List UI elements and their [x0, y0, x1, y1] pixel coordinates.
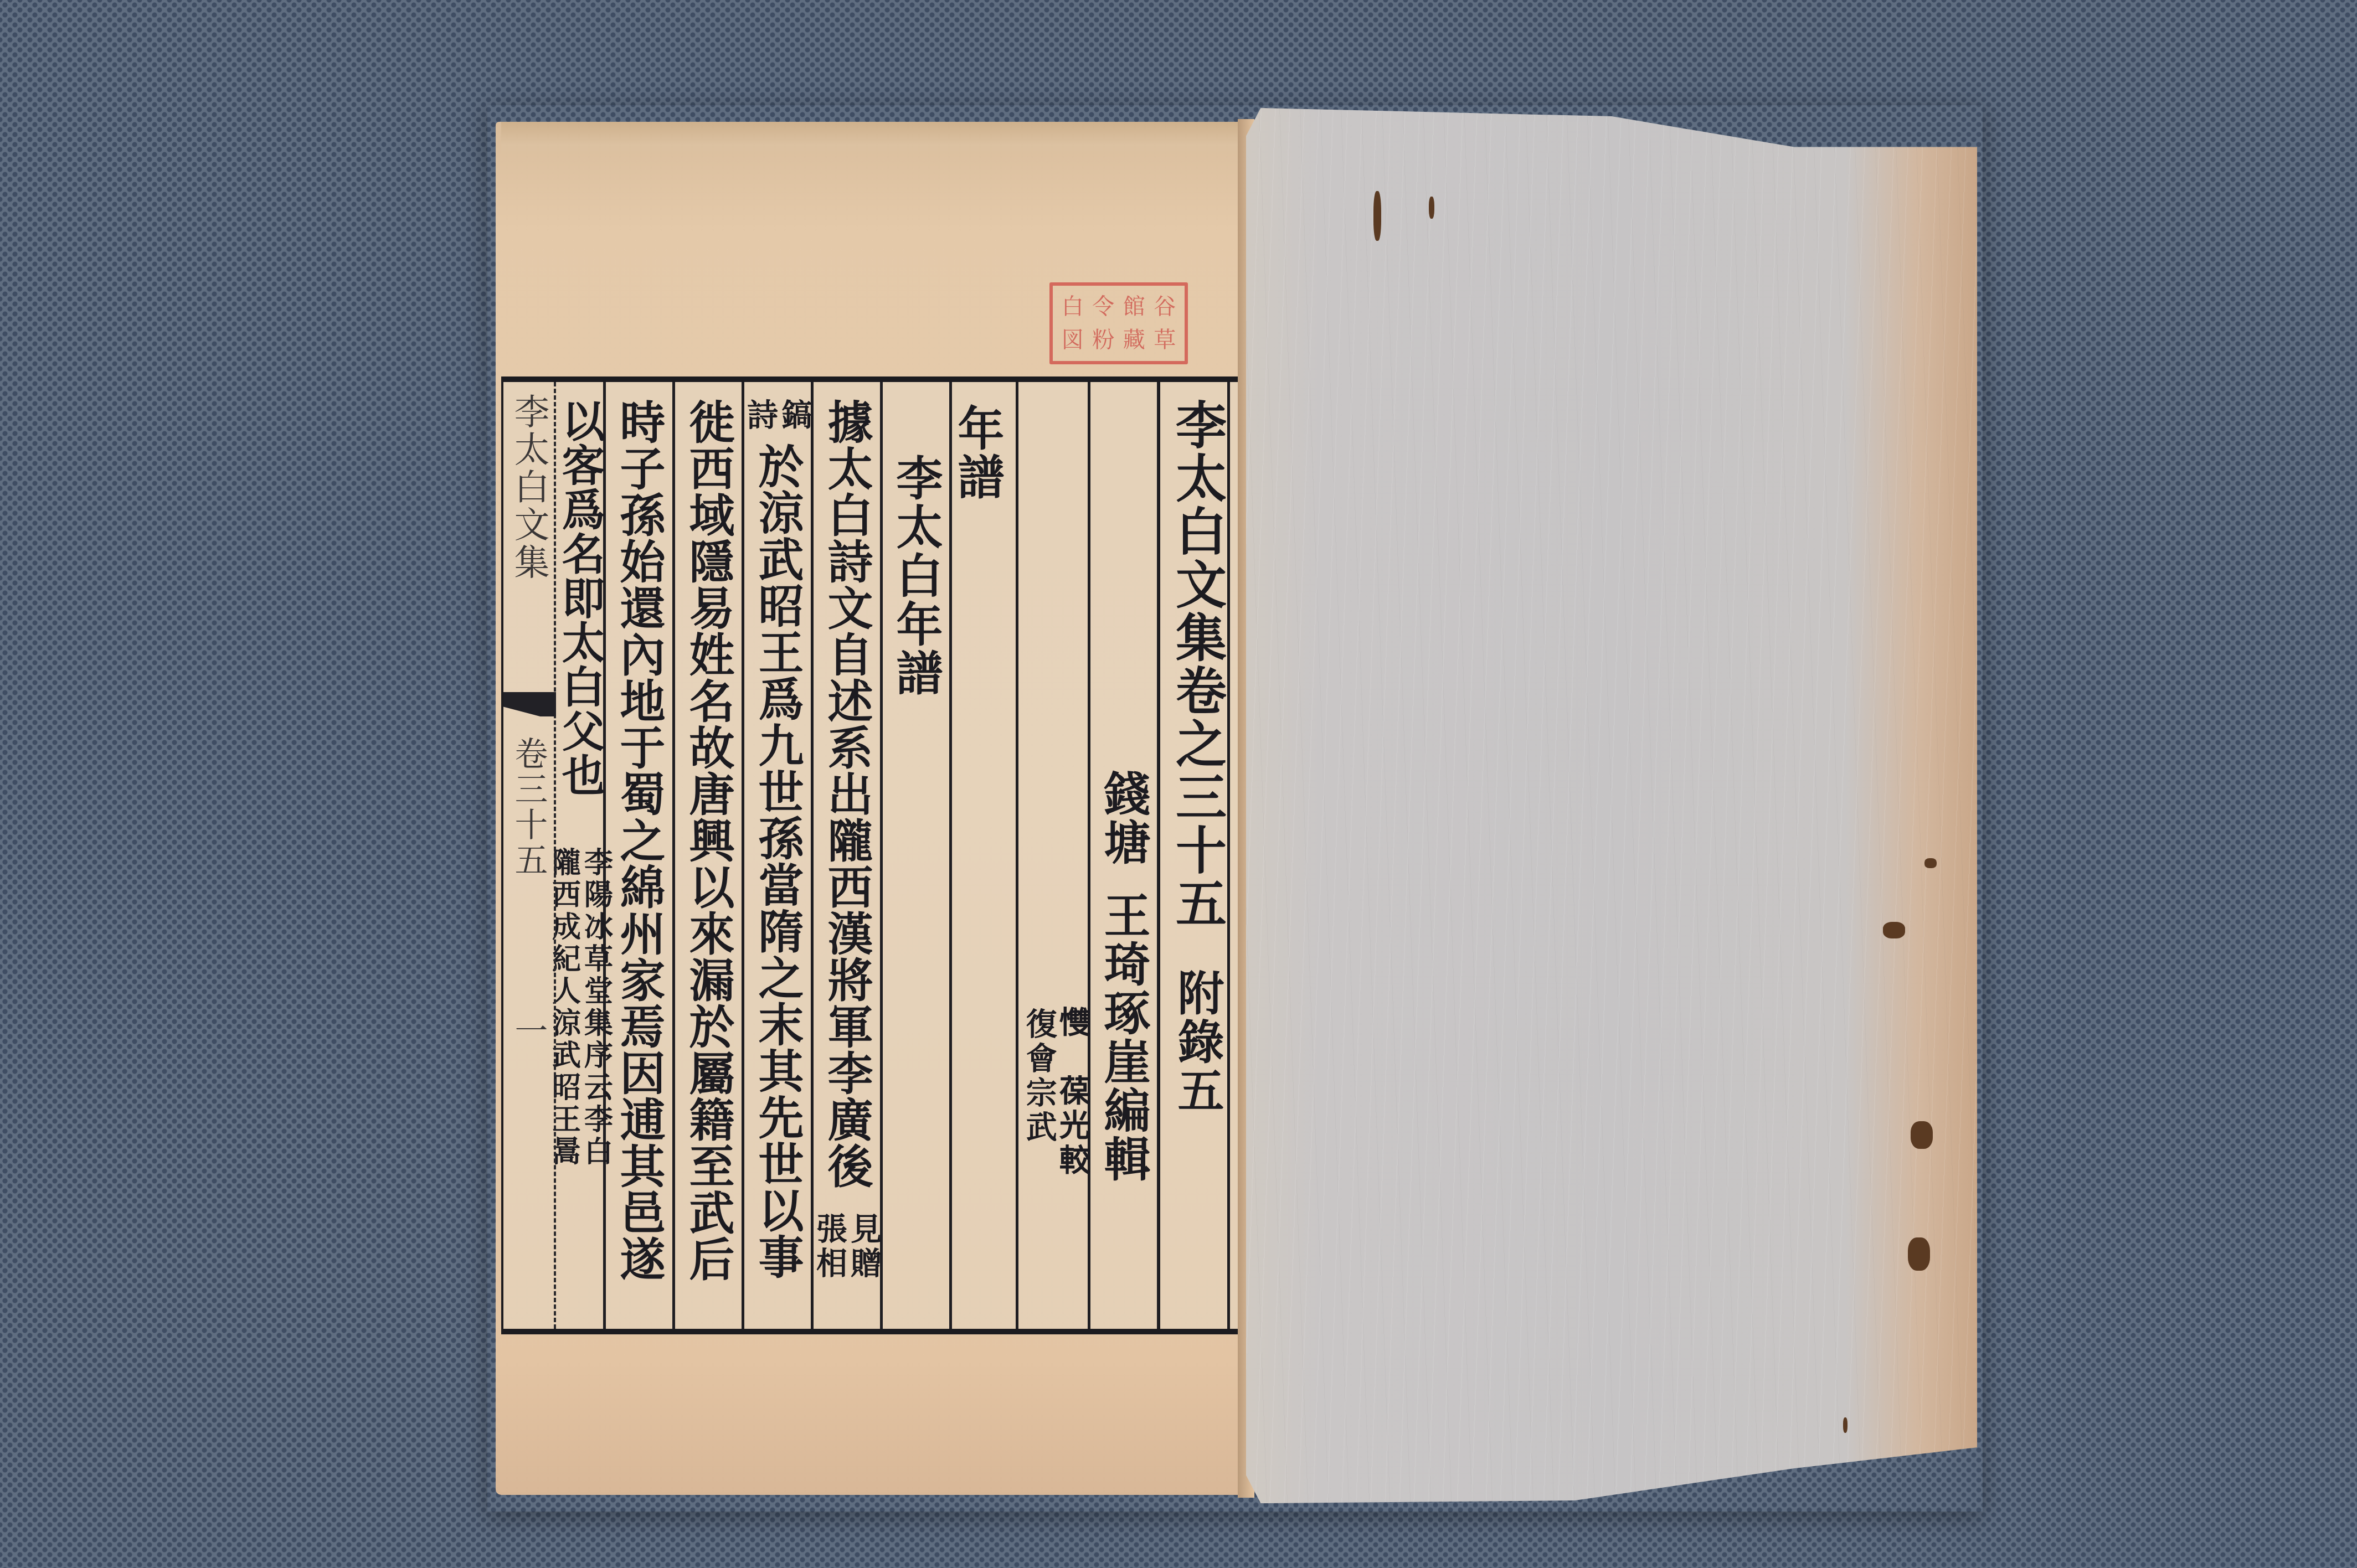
title-column: 李太白文集卷之三十五 附錄五 — [1157, 382, 1234, 1329]
seal-char: 図 — [1057, 323, 1088, 357]
spine-volume: 卷三十五 — [512, 736, 545, 878]
proofreader-2: 復會宗武 — [1024, 1008, 1055, 1179]
body-column-5: 以客爲名即太白父也 李陽冰草堂集序云李白 隴西成紀人涼武昭王暠 — [556, 382, 603, 1329]
body-column-4: 時子孫始還內地于蜀之綿州家焉因逋其邑遂 — [603, 382, 672, 1329]
paper-fibers — [1246, 108, 1977, 1503]
compiler-column: 錢塘 王琦琢崖編輯 — [1088, 382, 1157, 1329]
right-cover-page — [1246, 108, 1977, 1503]
proofreaders: 𢥠 葆光較 復會宗武 — [1024, 1008, 1089, 1179]
body-column-2: 鎬 詩 於涼武昭王爲九世孫當隋之末其先世以事 — [742, 382, 811, 1329]
fish-tail-mark — [503, 692, 556, 716]
body-text: 徙西域隱易姓名故唐興以來漏於屬籍至武后 — [686, 399, 731, 1282]
proofreader-1: 𢥠 葆光較 — [1058, 1008, 1089, 1179]
seal-char: 粉 — [1088, 323, 1119, 357]
seal-char: 館 — [1119, 290, 1150, 323]
inline-annotation: 鎬 詩 — [745, 399, 810, 433]
compiler-name: 王琦琢崖編輯 — [1100, 891, 1147, 1184]
inline-annotation: 見贈 張相 — [814, 1213, 879, 1281]
section-column: 年譜 — [949, 382, 1016, 1329]
body-text: 據太白詩文自述系出隴西漢將軍李廣後 — [824, 399, 869, 1189]
collector-seal: 谷 館 令 白 草 藏 粉 図 — [1049, 282, 1188, 364]
spine-page-number: 一 — [512, 1013, 545, 1049]
worm-hole — [1373, 191, 1381, 241]
section-heading: 年譜 — [954, 404, 1001, 502]
worm-hole — [1911, 1121, 1933, 1149]
worm-hole — [1883, 922, 1905, 938]
appendix-label: 附錄五 — [1174, 969, 1221, 1115]
body-text: 時子孫始還內地于蜀之綿州家焉因逋其邑遂 — [616, 399, 662, 1282]
body-text: 以客爲名即太白父也 — [558, 399, 601, 797]
seal-char: 藏 — [1119, 323, 1150, 357]
printed-frame: 李太白文集卷之三十五 附錄五 錢塘 王琦琢崖編輯 𢥠 葆光較 復會宗武 年譜 李… — [501, 376, 1243, 1334]
seal-char: 令 — [1088, 290, 1119, 323]
worm-hole — [1429, 197, 1434, 219]
inline-annotation: 李陽冰草堂集序云李白 隴西成紀人涼武昭王暠 — [549, 847, 610, 1168]
seal-char: 谷 — [1150, 290, 1181, 323]
worm-hole — [1843, 1417, 1847, 1433]
worm-hole — [1924, 858, 1937, 868]
worm-hole — [1908, 1237, 1930, 1271]
spine-title: 李太白文集 — [511, 393, 547, 581]
seal-char: 白 — [1057, 290, 1088, 323]
subsection-heading: 李太白年譜 — [893, 454, 939, 698]
spine-strip: 李太白文集 卷三十五 一 — [503, 382, 556, 1329]
book-title: 李太白文集卷之三十五 — [1172, 399, 1223, 930]
body-text: 於涼武昭王爲九世孫當隋之末其先世以事 — [755, 443, 800, 1280]
seal-char: 草 — [1150, 323, 1181, 357]
body-column-3: 徙西域隱易姓名故唐興以來漏於屬籍至武后 — [672, 382, 742, 1329]
compiler-place: 錢塘 — [1100, 770, 1147, 867]
proofreader-column: 𢥠 葆光較 復會宗武 — [1016, 382, 1088, 1329]
page-stain — [501, 122, 1243, 155]
body-column-1: 據太白詩文自述系出隴西漢將軍李廣後 見贈 張相 — [811, 382, 880, 1329]
subsection-column: 李太白年譜 — [880, 382, 949, 1329]
left-page: 谷 館 令 白 草 藏 粉 図 李太白文集卷之三十五 附錄五 錢塘 王琦琢崖編輯… — [496, 122, 1252, 1495]
